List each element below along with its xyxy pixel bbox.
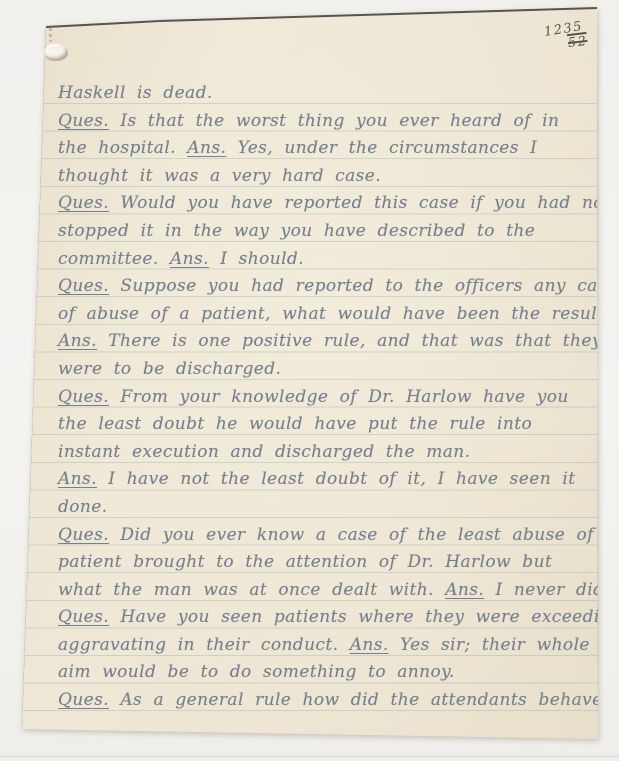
handwritten-line: stopped it in the way you have described… bbox=[58, 218, 606, 246]
handwritten-line: Ques. Would you have reported this case … bbox=[58, 190, 606, 218]
handwritten-line: patient brought to the attention of Dr. … bbox=[58, 549, 606, 577]
handwritten-text-block: Haskell is dead. Ques. Is that the worst… bbox=[58, 80, 606, 715]
handwritten-line: aim would be to do something to annoy. bbox=[58, 659, 606, 687]
handwritten-line: were to be discharged. bbox=[58, 356, 606, 384]
handwritten-line: Ans. There is one positive rule, and tha… bbox=[58, 328, 606, 356]
manuscript-page: 1235 52 Haskell is dead. Ques. Is that t… bbox=[0, 0, 619, 761]
handwritten-line: Ans. I have not the least doubt of it, I… bbox=[58, 466, 606, 494]
scanned-document-background: 1235 52 Haskell is dead. Ques. Is that t… bbox=[0, 0, 619, 761]
handwritten-line: Ques. As a general rule how did the atte… bbox=[58, 687, 606, 715]
scan-edge-line bbox=[0, 756, 619, 757]
handwritten-line: the least doubt he would have put the ru… bbox=[58, 411, 606, 439]
handwritten-line: what the man was at once dealt with. Ans… bbox=[58, 577, 606, 605]
binding-smudge-mark bbox=[49, 22, 52, 42]
page-number-struck-out: 52 bbox=[567, 34, 588, 51]
handwritten-line: thought it was a very hard case. bbox=[58, 163, 606, 191]
handwritten-line: the hospital. Ans. Yes, under the circum… bbox=[58, 135, 606, 163]
handwritten-line: Ques. Is that the worst thing you ever h… bbox=[58, 108, 606, 136]
paper-shadow-wrap: 1235 52 Haskell is dead. Ques. Is that t… bbox=[0, 0, 619, 761]
handwritten-line: aggravating in their conduct. Ans. Yes s… bbox=[58, 632, 606, 660]
handwritten-line: done. bbox=[58, 494, 606, 522]
handwritten-line: of abuse of a patient, what would have b… bbox=[58, 301, 606, 329]
handwritten-line: committee. Ans. I should. bbox=[58, 246, 606, 274]
ink-speck bbox=[11, 414, 13, 416]
paper-tear-hole bbox=[44, 44, 68, 61]
handwritten-line: Haskell is dead. bbox=[58, 80, 606, 108]
handwritten-line: Ques. Did you ever know a case of the le… bbox=[58, 522, 606, 550]
handwritten-line: Ques. Suppose you had reported to the of… bbox=[58, 273, 606, 301]
handwritten-line: instant execution and discharged the man… bbox=[58, 439, 606, 467]
ink-speck bbox=[29, 344, 32, 347]
handwritten-line: Ques. From your knowledge of Dr. Harlow … bbox=[58, 384, 606, 412]
handwritten-line: Ques. Have you seen patients where they … bbox=[58, 604, 606, 632]
